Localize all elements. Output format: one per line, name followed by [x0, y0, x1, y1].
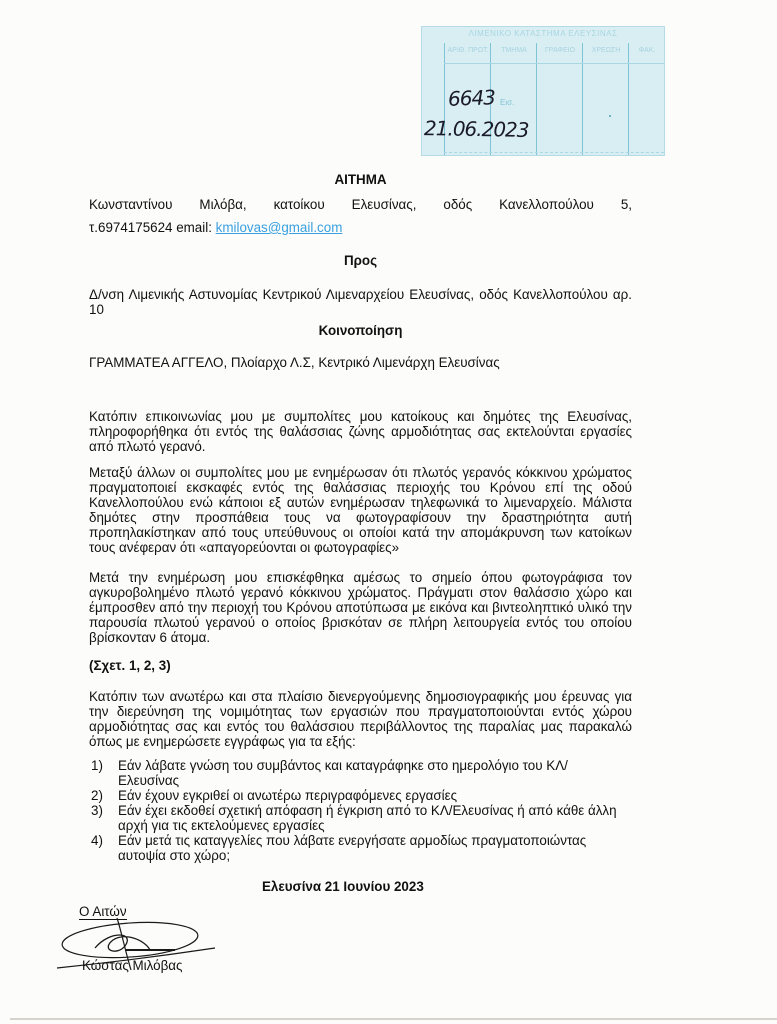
question-number: 4)	[91, 833, 103, 848]
body-paragraph: Μετά την ενημέρωση μου επισκέφθηκα αμέσω…	[89, 570, 632, 645]
question-item: 2)Εάν έχουν εγκριθεί οι ανωτέρω περιγραφ…	[89, 788, 632, 803]
question-number: 1)	[91, 758, 103, 773]
signature-block: Ο Αιτών Κώστας Μιλόβας	[55, 900, 285, 980]
scanned-document-page: ΛΙΜΕΝΙΚΟ ΚΑΤΑΣΤΗΜΑ ΕΛΕΥΣΙΝΑΣ ΑΡΙΘ. ΠΡΩΤ.…	[0, 0, 777, 1024]
question-text: Εάν μετά τις καταγγελίες που λάβατε ενερ…	[118, 833, 586, 863]
question-item: 1)Εάν λάβατε γνώση του συμβάντος και κατ…	[89, 758, 632, 788]
question-text: Εάν έχουν εγκριθεί οι ανωτέρω περιγραφόμ…	[118, 788, 457, 803]
handwritten-protocol-number: 6643	[448, 85, 496, 111]
recipient-heading: Προς	[89, 253, 632, 268]
scan-bottom-edge	[10, 1018, 777, 1020]
handwritten-protocol-date: 21.06.2023	[424, 116, 529, 142]
signature-name: Κώστας Μιλόβας	[82, 958, 182, 973]
stamp-column-label: ΑΡΙΘ. ΠΡΩΤ.	[445, 47, 491, 55]
question-number: 2)	[91, 788, 103, 803]
question-text: Εάν έχει εκδοθεί σχετική απόφαση ή έγκρι…	[118, 803, 617, 833]
stamp-mark: Εισ.	[500, 98, 514, 107]
questions-list: 1)Εάν λάβατε γνώση του συμβάντος και κατ…	[89, 758, 632, 863]
stamp-column-label: ΓΡΑΦΕΙΟ	[537, 47, 583, 55]
stamp-divider	[444, 63, 664, 64]
question-number: 3)	[91, 803, 103, 818]
body-paragraph: Κατόπιν των ανωτέρω και στα πλαίσιο διεν…	[89, 689, 632, 749]
stamp-column: ΦΑΚ.	[628, 43, 665, 155]
recipient-text: Δ/νση Λιμενικής Αστυνομίας Κεντρικού Λιμ…	[89, 287, 632, 317]
stamp-column: ΧΡΕΩΣΗ	[582, 43, 629, 155]
stamp-column: ΓΡΑΦΕΙΟ	[536, 43, 583, 155]
place-date: Ελευσίνα 21 Ιουνίου 2023	[262, 879, 424, 894]
question-item: 3)Εάν έχει εκδοθεί σχετική απόφαση ή έγκ…	[89, 803, 632, 833]
question-item: 4)Εάν μετά τις καταγγελίες που λάβατε εν…	[89, 833, 632, 863]
stamp-dot	[609, 115, 611, 117]
sender-line-1: Κωνσταντίνου Μιλόβα, κατοίκου Ελευσίνας,…	[89, 197, 632, 212]
sender-phone: τ.6974175624 email:	[89, 220, 216, 235]
sender-email-link[interactable]: kmilovas@gmail.com	[216, 220, 343, 235]
document-title: ΑΙΤΗΜΑ	[89, 172, 632, 187]
reference-note: (Σχετ. 1, 2, 3)	[89, 658, 171, 673]
stamp-column-label: ΦΑΚ.	[629, 47, 665, 55]
cc-heading: Κοινοποίηση	[89, 323, 632, 338]
cc-text: ΓΡΑΜΜΑΤΕΑ ΑΓΓΕΛΟ, Πλοίαρχο Λ.Σ, Κεντρικό…	[89, 355, 500, 370]
body-paragraph: Κατόπιν επικοινωνίας μου με συμπολίτες μ…	[89, 409, 632, 454]
stamp-header: ΛΙΜΕΝΙΚΟ ΚΑΤΑΣΤΗΜΑ ΕΛΕΥΣΙΝΑΣ	[422, 27, 664, 41]
stamp-column-label: ΤΜΗΜΑ	[491, 47, 537, 55]
question-text: Εάν λάβατε γνώση του συμβάντος και καταγ…	[118, 758, 568, 788]
sender-line-2: τ.6974175624 email: kmilovas@gmail.com	[89, 220, 342, 235]
body-paragraph: Μεταξύ άλλων οι συμπολίτες μου με ενημέρ…	[89, 465, 632, 555]
stamp-column-label: ΧΡΕΩΣΗ	[583, 47, 629, 55]
stamp-divider	[444, 152, 664, 153]
